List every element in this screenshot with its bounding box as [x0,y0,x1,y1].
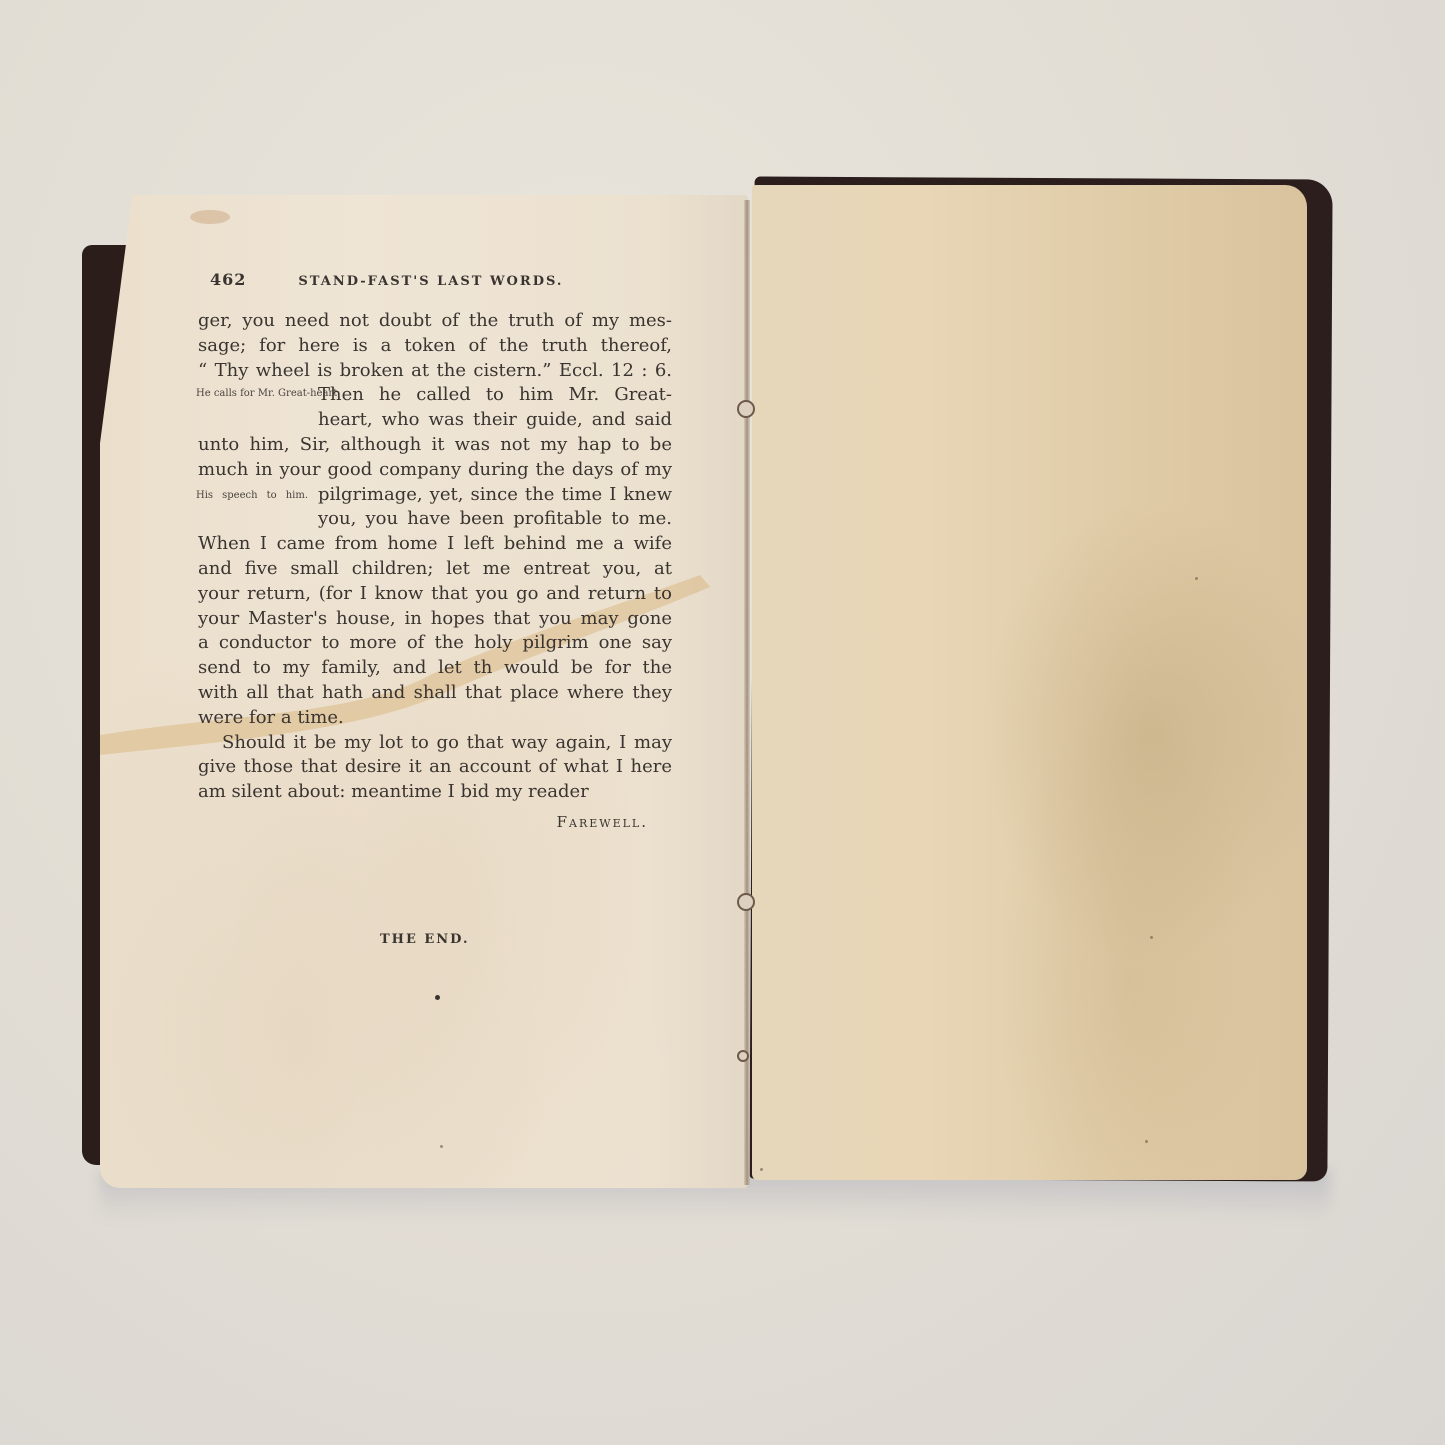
text-line: and five small children; let me entreat … [198,557,672,582]
paper-fleck [760,1168,763,1171]
text-line-content: Then he called to him Mr. Great- [318,384,672,405]
book-photo-scene: 462 STAND-FAST'S LAST WORDS. ger, you ne… [0,0,1445,1445]
text-line: your Master's house, in hopes that you m… [198,607,672,632]
text-line: ger, you need not doubt of the truth of … [198,309,672,334]
text-line: “ Thy wheel is broken at the cistern.” E… [198,359,672,384]
page-number: 462 [210,270,246,289]
running-title: STAND-FAST'S LAST WORDS. [298,274,563,289]
paper-fleck [1150,936,1153,939]
paper-fleck [1145,1140,1148,1143]
text-line: give those that desire it an account of … [198,755,672,780]
sidenote-great-heart: He calls for Mr. Great-heart. [196,387,308,400]
the-end-mark: THE END. [380,932,470,947]
paper-fleck [1195,577,1198,580]
running-head: 462 STAND-FAST'S LAST WORDS. [198,270,672,289]
farewell-closing: Farewell. [198,813,648,831]
text-line: When I came from home I left behind me a… [198,532,672,557]
text-line: with all that hath and shall that place … [198,681,672,706]
text-line: your return, (for I know that you go and… [198,582,672,607]
binding-stitch [737,400,755,418]
text-line: sage; for here is a token of the truth t… [198,334,672,359]
text-line-content: pilgrimage, yet, since the time I knew [318,484,672,505]
text-line: you, you have been profitable to me. [318,507,672,532]
text-line: am silent about: meantime I bid my reade… [198,780,672,805]
sidenote-speech: His speech to him. [196,489,308,502]
text-line: a conductor to more of the holy pilgrim … [198,631,672,656]
text-line: much in your good company during the day… [198,458,672,483]
text-line: Should it be my lot to go that way again… [198,731,672,756]
text-line: were for a time. [198,706,672,731]
book-spine-gutter [744,200,750,1185]
text-line: send to my family, and let th would be f… [198,656,672,681]
page-text-block: 462 STAND-FAST'S LAST WORDS. ger, you ne… [198,270,672,831]
binding-stitch [737,893,755,911]
right-page-blank [752,185,1307,1180]
text-line: unto him, Sir, although it was not my ha… [198,433,672,458]
ornament-dot [435,995,440,1000]
text-line: His speech to him. pilgrimage, yet, sinc… [318,483,672,508]
paper-fleck [440,1145,443,1148]
text-line: He calls for Mr. Great-heart. Then he ca… [318,383,672,408]
binding-stitch [737,1050,749,1062]
text-line: heart, who was their guide, and said [318,408,672,433]
